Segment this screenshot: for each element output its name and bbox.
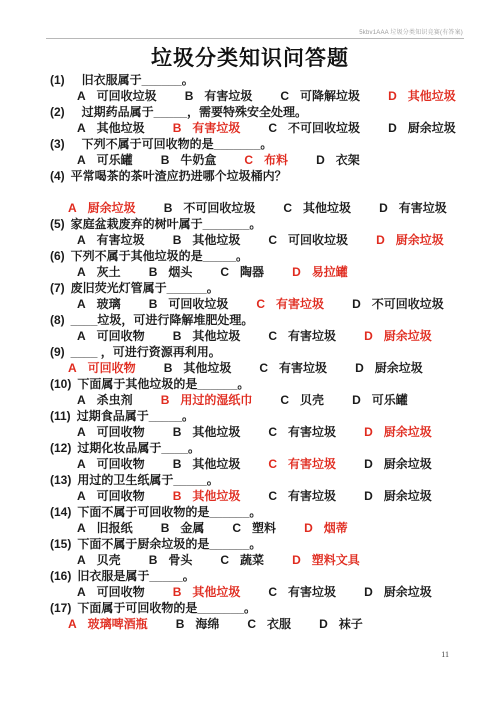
answer-option: C可降解垃圾 [280, 88, 360, 104]
option-text: 其他垃圾 [303, 200, 351, 216]
option-text: 牛奶盒 [180, 152, 216, 168]
question-text: 下列不属于可回收物的是_______。 [82, 136, 273, 152]
question-item: (11)过期食品属于_____。A可回收物B其他垃圾C有害垃圾D厨余垃圾 [50, 408, 480, 440]
option-text: 塑料文具 [312, 552, 360, 568]
option-letter: C [280, 88, 289, 104]
option-text: 厨余垃圾 [384, 456, 432, 472]
answer-option: C有害垃圾 [268, 488, 336, 504]
option-letter: D [292, 264, 301, 280]
options-line: A可回收垃圾B有害垃圾C可降解垃圾D其他垃圾 [50, 88, 480, 104]
option-text: 有害垃圾 [192, 120, 240, 136]
option-text: 有害垃圾 [288, 488, 336, 504]
answer-option: A灰土 [77, 264, 121, 280]
answer-option-correct: B其他垃圾 [173, 584, 241, 600]
question-text: 旧衣服是属于_____。 [77, 568, 194, 584]
option-text: 其他垃圾 [183, 360, 231, 376]
option-text: 可回收物 [88, 360, 136, 376]
option-text: 其他垃圾 [408, 88, 456, 104]
question-line: (9)____ ，可进行资源再利用。 [50, 344, 480, 360]
option-text: 可降解垃圾 [300, 88, 360, 104]
question-text: 下面属于其他垃圾的是______。 [77, 376, 249, 392]
options-line: A可乐罐B牛奶盒C布料D衣架 [50, 152, 480, 168]
option-letter: C [220, 264, 229, 280]
options-line: A可回收物B其他垃圾C有害垃圾D厨余垃圾 [50, 360, 480, 376]
option-text: 可回收垃圾 [288, 232, 348, 248]
option-text: 可回收垃圾 [97, 88, 157, 104]
answer-option: A可回收物 [77, 328, 145, 344]
option-letter: A [77, 488, 86, 504]
option-letter: A [77, 88, 86, 104]
answer-option-correct: A可回收物 [68, 360, 136, 376]
options-line: A可回收物B其他垃圾C有害垃圾D厨余垃圾 [50, 328, 480, 344]
answer-option-correct: B有害垃圾 [173, 120, 241, 136]
option-text: 易拉罐 [312, 264, 348, 280]
answer-option-correct: D厨余垃圾 [364, 328, 432, 344]
answer-option: A旧报纸 [77, 520, 133, 536]
option-letter: B [161, 392, 170, 408]
question-text: 过期食品属于_____。 [77, 408, 194, 424]
option-letter: B [173, 232, 182, 248]
question-number: (14) [50, 504, 71, 520]
answer-option: B其他垃圾 [164, 360, 232, 376]
option-text: 其他垃圾 [192, 584, 240, 600]
option-text: 烟头 [168, 264, 192, 280]
option-text: 可回收垃圾 [168, 296, 228, 312]
option-text: 其他垃圾 [192, 424, 240, 440]
answer-option: C塑料 [232, 520, 276, 536]
answer-option: D不可回收垃圾 [352, 296, 444, 312]
answer-option: A可回收物 [77, 584, 145, 600]
option-letter: C [283, 200, 292, 216]
options-line: A可回收物B其他垃圾C有害垃圾D厨余垃圾 [50, 456, 480, 472]
option-text: 旧报纸 [97, 520, 133, 536]
question-item: (8)____垃圾，可进行降解堆肥处理。A可回收物B其他垃圾C有害垃圾D厨余垃圾 [50, 312, 480, 344]
question-item: (5)家庭盆栽废弃的树叶属于_______。A有害垃圾B其他垃圾C可回收垃圾D厨… [50, 216, 480, 248]
answer-option: C陶器 [220, 264, 264, 280]
answer-option: C有害垃圾 [259, 360, 327, 376]
question-line: (17)下面属于可回收物的是_______。 [50, 600, 480, 616]
question-number: (12) [50, 440, 71, 456]
option-text: 烟蒂 [324, 520, 348, 536]
answer-option: D衣架 [316, 152, 360, 168]
option-letter: C [256, 296, 265, 312]
option-letter: A [77, 424, 86, 440]
question-line: (16)旧衣服是属于_____。 [50, 568, 480, 584]
question-line: (15)下面不属于厨余垃圾的是______。 [50, 536, 480, 552]
answer-option: A玻璃 [77, 296, 121, 312]
options-line: A玻璃B可回收垃圾C有害垃圾D不可回收垃圾 [50, 296, 480, 312]
option-text: 厨余垃圾 [396, 232, 444, 248]
answer-option: B其他垃圾 [173, 424, 241, 440]
option-letter: A [77, 296, 86, 312]
answer-option: A杀虫剂 [77, 392, 133, 408]
question-text: ____ ，可进行资源再利用。 [71, 344, 221, 360]
answer-option: C贝壳 [280, 392, 324, 408]
blank-line [50, 184, 480, 200]
question-number: (9) [50, 344, 65, 360]
option-text: 用过的湿纸巾 [180, 392, 252, 408]
option-letter: D [364, 488, 373, 504]
option-letter: D [364, 424, 373, 440]
option-letter: A [77, 584, 86, 600]
option-letter: D [364, 456, 373, 472]
page-title: 垃圾分类知识问答题 [0, 42, 500, 72]
option-letter: D [364, 584, 373, 600]
option-letter: D [388, 120, 397, 136]
question-number: (5) [50, 216, 65, 232]
question-text: 用过的卫生纸属于_____。 [77, 472, 218, 488]
question-item: (6)下列不属于其他垃圾的是_____。A灰土B烟头C陶器D易拉罐 [50, 248, 480, 280]
option-text: 布料 [264, 152, 288, 168]
option-letter: A [68, 616, 77, 632]
option-letter: C [232, 520, 241, 536]
option-text: 其他垃圾 [192, 328, 240, 344]
answer-option: B骨头 [149, 552, 193, 568]
option-letter: B [173, 488, 182, 504]
question-text: 家庭盆栽废弃的树叶属于_______。 [71, 216, 262, 232]
option-text: 灰土 [97, 264, 121, 280]
option-text: 有害垃圾 [399, 200, 447, 216]
header-rule [46, 38, 464, 39]
answer-option: C可回收垃圾 [268, 232, 348, 248]
option-letter: C [259, 360, 268, 376]
question-item: (12)过期化妆品属于____。A可回收物B其他垃圾C有害垃圾D厨余垃圾 [50, 440, 480, 472]
option-text: 衣服 [267, 616, 291, 632]
question-number: (6) [50, 248, 65, 264]
question-line: (10)下面属于其他垃圾的是______。 [50, 376, 480, 392]
option-text: 有害垃圾 [288, 456, 336, 472]
answer-option: A有害垃圾 [77, 232, 145, 248]
question-text: 过期药品属于_____，需要特殊安全处理。 [82, 104, 307, 120]
answer-option: D厨余垃圾 [388, 120, 456, 136]
question-text: ____垃圾，可进行降解堆肥处理。 [71, 312, 254, 328]
answer-option-correct: C有害垃圾 [256, 296, 324, 312]
answer-option: D可乐罐 [352, 392, 408, 408]
option-letter: C [268, 456, 277, 472]
option-letter: D [364, 328, 373, 344]
option-letter: B [173, 584, 182, 600]
question-text: 废旧荧光灯管属于______。 [71, 280, 219, 296]
question-item: (1)旧衣服属于______。A可回收垃圾B有害垃圾C可降解垃圾D其他垃圾 [50, 72, 480, 104]
option-text: 金属 [180, 520, 204, 536]
option-text: 有害垃圾 [288, 584, 336, 600]
answer-option: C有害垃圾 [268, 328, 336, 344]
answer-option: D厨余垃圾 [364, 584, 432, 600]
option-text: 袜子 [339, 616, 363, 632]
option-letter: D [304, 520, 313, 536]
question-number: (2) [50, 104, 65, 120]
question-text: 旧衣服属于______。 [82, 72, 194, 88]
option-text: 其他垃圾 [192, 488, 240, 504]
option-text: 厨余垃圾 [408, 120, 456, 136]
header-note: 5kbv1AAA 垃圾分类知识竞赛(有答案) [359, 27, 463, 36]
question-number: (15) [50, 536, 71, 552]
option-text: 其他垃圾 [192, 456, 240, 472]
option-text: 厨余垃圾 [88, 200, 136, 216]
options-line: A有害垃圾B其他垃圾C可回收垃圾D厨余垃圾 [50, 232, 480, 248]
question-line: (6)下列不属于其他垃圾的是_____。 [50, 248, 480, 264]
question-number: (17) [50, 600, 71, 616]
answer-option-correct: A玻璃啤酒瓶 [68, 616, 148, 632]
question-item: (17)下面属于可回收物的是_______。A玻璃啤酒瓶B海绵C衣服D袜子 [50, 600, 480, 632]
answer-option: C有害垃圾 [268, 584, 336, 600]
option-letter: B [164, 200, 173, 216]
question-line: (14)下面不属于可回收物的是______。 [50, 504, 480, 520]
option-letter: B [149, 264, 158, 280]
option-letter: C [244, 152, 253, 168]
answer-option: B牛奶盒 [161, 152, 217, 168]
option-letter: A [77, 328, 86, 344]
option-letter: C [268, 328, 277, 344]
option-text: 不可回收垃圾 [288, 120, 360, 136]
answer-option: A贝壳 [77, 552, 121, 568]
option-letter: A [68, 200, 77, 216]
option-text: 有害垃圾 [288, 424, 336, 440]
question-list: (1)旧衣服属于______。A可回收垃圾B有害垃圾C可降解垃圾D其他垃圾(2)… [50, 72, 480, 632]
answer-option: B可回收垃圾 [149, 296, 229, 312]
question-line: (5)家庭盆栽废弃的树叶属于_______。 [50, 216, 480, 232]
question-line: (11)过期食品属于_____。 [50, 408, 480, 424]
option-text: 厨余垃圾 [384, 488, 432, 504]
answer-option: B有害垃圾 [185, 88, 253, 104]
answer-option-correct: C布料 [244, 152, 288, 168]
option-letter: C [268, 232, 277, 248]
question-text: 过期化妆品属于____。 [77, 440, 200, 456]
answer-option: C衣服 [247, 616, 291, 632]
option-text: 有害垃圾 [276, 296, 324, 312]
answer-option: D有害垃圾 [379, 200, 447, 216]
answer-option-correct: A厨余垃圾 [68, 200, 136, 216]
answer-option: B烟头 [149, 264, 193, 280]
option-letter: B [161, 152, 170, 168]
answer-option: A可回收物 [77, 488, 145, 504]
answer-option-correct: B其他垃圾 [173, 488, 241, 504]
option-text: 可乐罐 [97, 152, 133, 168]
answer-option-correct: D烟蒂 [304, 520, 348, 536]
page-number: 11 [441, 650, 449, 659]
option-letter: D [352, 392, 361, 408]
answer-option: B其他垃圾 [173, 328, 241, 344]
answer-option: C不可回收垃圾 [268, 120, 360, 136]
question-line: (7)废旧荧光灯管属于______。 [50, 280, 480, 296]
option-text: 有害垃圾 [97, 232, 145, 248]
option-letter: A [77, 456, 86, 472]
option-text: 贝壳 [300, 392, 324, 408]
options-line: A灰土B烟头C陶器D易拉罐 [50, 264, 480, 280]
question-item: (3)下列不属于可回收物的是_______。A可乐罐B牛奶盒C布料D衣架 [50, 136, 480, 168]
option-letter: B [161, 520, 170, 536]
option-letter: D [292, 552, 301, 568]
question-text: 平常喝茶的茶叶渣应扔进哪个垃圾桶内？ [71, 168, 287, 184]
question-line: (2)过期药品属于_____，需要特殊安全处理。 [50, 104, 480, 120]
question-item: (15)下面不属于厨余垃圾的是______。A贝壳B骨头C蔬菜D塑料文具 [50, 536, 480, 568]
question-item: (7)废旧荧光灯管属于______。A玻璃B可回收垃圾C有害垃圾D不可回收垃圾 [50, 280, 480, 312]
answer-option-correct: B用过的湿纸巾 [161, 392, 253, 408]
option-text: 厨余垃圾 [384, 424, 432, 440]
option-letter: C [280, 392, 289, 408]
question-line: (12)过期化妆品属于____。 [50, 440, 480, 456]
option-letter: C [268, 120, 277, 136]
option-text: 有害垃圾 [279, 360, 327, 376]
option-letter: A [77, 520, 86, 536]
option-text: 可乐罐 [372, 392, 408, 408]
question-item: (2)过期药品属于_____，需要特殊安全处理。A其他垃圾B有害垃圾C不可回收垃… [50, 104, 480, 136]
option-letter: D [319, 616, 328, 632]
answer-option: D袜子 [319, 616, 363, 632]
option-letter: A [77, 120, 86, 136]
option-letter: C [268, 584, 277, 600]
answer-option: D厨余垃圾 [364, 456, 432, 472]
option-letter: D [388, 88, 397, 104]
question-number: (4) [50, 168, 65, 184]
question-text: 下面不属于可回收物的是______。 [77, 504, 261, 520]
option-text: 有害垃圾 [288, 328, 336, 344]
option-text: 可回收物 [97, 328, 145, 344]
answer-option: B金属 [161, 520, 205, 536]
option-text: 不可回收垃圾 [183, 200, 255, 216]
option-text: 骨头 [168, 552, 192, 568]
option-letter: A [77, 232, 86, 248]
option-text: 可回收物 [97, 488, 145, 504]
option-text: 可回收物 [97, 424, 145, 440]
question-number: (8) [50, 312, 65, 328]
option-text: 可回收物 [97, 584, 145, 600]
question-item: (13)用过的卫生纸属于_____。A可回收物B其他垃圾C有害垃圾D厨余垃圾 [50, 472, 480, 504]
question-number: (7) [50, 280, 65, 296]
answer-option-correct: D厨余垃圾 [364, 424, 432, 440]
answer-option: C其他垃圾 [283, 200, 351, 216]
option-text: 陶器 [240, 264, 264, 280]
option-text: 塑料 [252, 520, 276, 536]
question-item: (4)平常喝茶的茶叶渣应扔进哪个垃圾桶内？A厨余垃圾B不可回收垃圾C其他垃圾D有… [50, 168, 480, 216]
option-letter: B [176, 616, 185, 632]
option-letter: A [77, 392, 86, 408]
option-text: 杀虫剂 [97, 392, 133, 408]
option-text: 有害垃圾 [204, 88, 252, 104]
question-line: (4)平常喝茶的茶叶渣应扔进哪个垃圾桶内？ [50, 168, 480, 184]
question-item: (14)下面不属于可回收物的是______。A旧报纸B金属C塑料D烟蒂 [50, 504, 480, 536]
question-text: 下面属于可回收物的是_______。 [77, 600, 256, 616]
option-letter: B [173, 120, 182, 136]
option-letter: A [77, 552, 86, 568]
option-letter: A [77, 264, 86, 280]
answer-option: B海绵 [176, 616, 220, 632]
option-text: 其他垃圾 [192, 232, 240, 248]
question-line: (3)下列不属于可回收物的是_______。 [50, 136, 480, 152]
question-line: (1)旧衣服属于______。 [50, 72, 480, 88]
answer-option-correct: D其他垃圾 [388, 88, 456, 104]
option-text: 海绵 [195, 616, 219, 632]
option-text: 玻璃啤酒瓶 [88, 616, 148, 632]
option-text: 玻璃 [97, 296, 121, 312]
question-number: (10) [50, 376, 71, 392]
question-number: (16) [50, 568, 71, 584]
option-letter: D [355, 360, 364, 376]
option-text: 厨余垃圾 [384, 328, 432, 344]
answer-option: B其他垃圾 [173, 232, 241, 248]
option-text: 其他垃圾 [97, 120, 145, 136]
answer-option: A其他垃圾 [77, 120, 145, 136]
option-letter: B [149, 296, 158, 312]
answer-option: B不可回收垃圾 [164, 200, 256, 216]
options-line: A可回收物B其他垃圾C有害垃圾D厨余垃圾 [50, 424, 480, 440]
option-letter: D [376, 232, 385, 248]
options-line: A旧报纸B金属C塑料D烟蒂 [50, 520, 480, 536]
option-letter: B [173, 328, 182, 344]
answer-option: A可回收物 [77, 424, 145, 440]
options-line: A贝壳B骨头C蔬菜D塑料文具 [50, 552, 480, 568]
question-item: (9)____ ，可进行资源再利用。A可回收物B其他垃圾C有害垃圾D厨余垃圾 [50, 344, 480, 376]
options-line: A杀虫剂B用过的湿纸巾C贝壳D可乐罐 [50, 392, 480, 408]
question-item: (10)下面属于其他垃圾的是______。A杀虫剂B用过的湿纸巾C贝壳D可乐罐 [50, 376, 480, 408]
option-text: 厨余垃圾 [375, 360, 423, 376]
question-number: (3) [50, 136, 65, 152]
option-letter: B [149, 552, 158, 568]
option-letter: A [77, 152, 86, 168]
option-letter: D [379, 200, 388, 216]
question-text: 下面不属于厨余垃圾的是______。 [77, 536, 261, 552]
answer-option: D厨余垃圾 [364, 488, 432, 504]
options-line: A可回收物B其他垃圾C有害垃圾D厨余垃圾 [50, 584, 480, 600]
option-letter: D [316, 152, 325, 168]
question-item: (16)旧衣服是属于_____。A可回收物B其他垃圾C有害垃圾D厨余垃圾 [50, 568, 480, 600]
option-letter: C [220, 552, 229, 568]
option-text: 厨余垃圾 [384, 584, 432, 600]
option-text: 贝壳 [97, 552, 121, 568]
option-letter: D [352, 296, 361, 312]
option-letter: B [185, 88, 194, 104]
answer-option: B其他垃圾 [173, 456, 241, 472]
options-line: A厨余垃圾B不可回收垃圾C其他垃圾D有害垃圾 [50, 200, 480, 216]
option-letter: C [268, 488, 277, 504]
question-number: (13) [50, 472, 71, 488]
answer-option: C蔬菜 [220, 552, 264, 568]
answer-option-correct: D塑料文具 [292, 552, 360, 568]
question-number: (11) [50, 408, 71, 424]
option-letter: B [164, 360, 173, 376]
answer-option-correct: C有害垃圾 [268, 456, 336, 472]
option-text: 蔬菜 [240, 552, 264, 568]
answer-option: A可回收垃圾 [77, 88, 157, 104]
question-number: (1) [50, 72, 65, 88]
option-text: 衣架 [336, 152, 360, 168]
option-letter: C [268, 424, 277, 440]
option-letter: C [247, 616, 256, 632]
answer-option: D厨余垃圾 [355, 360, 423, 376]
options-line: A可回收物B其他垃圾C有害垃圾D厨余垃圾 [50, 488, 480, 504]
question-line: (13)用过的卫生纸属于_____。 [50, 472, 480, 488]
document-page: 5kbv1AAA 垃圾分类知识竞赛(有答案) 垃圾分类知识问答题 (1)旧衣服属… [0, 0, 500, 708]
answer-option: A可回收物 [77, 456, 145, 472]
answer-option-correct: D厨余垃圾 [376, 232, 444, 248]
option-letter: B [173, 456, 182, 472]
option-text: 不可回收垃圾 [372, 296, 444, 312]
option-letter: A [68, 360, 77, 376]
answer-option: C有害垃圾 [268, 424, 336, 440]
question-text: 下列不属于其他垃圾的是_____。 [71, 248, 248, 264]
answer-option: A可乐罐 [77, 152, 133, 168]
options-line: A其他垃圾B有害垃圾C不可回收垃圾D厨余垃圾 [50, 120, 480, 136]
answer-option-correct: D易拉罐 [292, 264, 348, 280]
question-line: (8)____垃圾，可进行降解堆肥处理。 [50, 312, 480, 328]
options-line: A玻璃啤酒瓶B海绵C衣服D袜子 [50, 616, 480, 632]
option-text: 可回收物 [97, 456, 145, 472]
option-letter: B [173, 424, 182, 440]
